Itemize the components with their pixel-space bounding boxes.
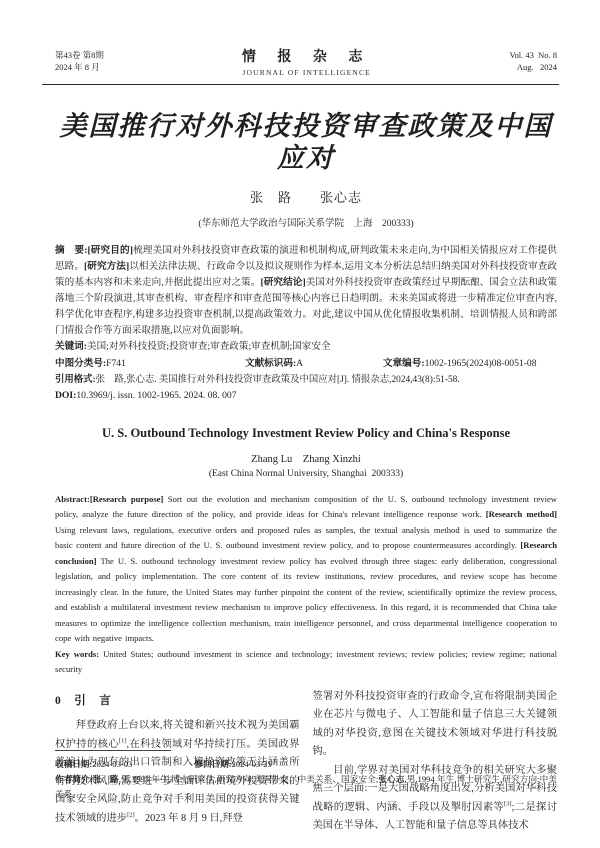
footnote: 收稿日期:2024-03-03修回日期:2024-03-25 作者简介:张 路,…	[55, 750, 557, 802]
abstract-cn-purpose-tag: [研究目的]	[87, 245, 133, 256]
keywords-en-text: United States; outbound investment in sc…	[55, 649, 557, 675]
article-title-en: U. S. Outbound Technology Investment Rev…	[55, 425, 557, 441]
abstract-en-conclusion-text: The U. S. outbound technology investment…	[55, 556, 557, 644]
authors-cn: 张 路 张心志	[55, 187, 557, 206]
abstract-en-purpose-tag: [Research purpose]	[90, 494, 164, 504]
header-divider	[42, 84, 559, 85]
volume-issue-cn: 第43卷 第8期	[55, 50, 104, 62]
abstract-en: Abstract:[Research purpose] Sort out the…	[55, 492, 557, 678]
section-heading-introduction: 0 引 言	[55, 692, 300, 711]
keywords-cn: 关键词:美国;对外科技投资;投资审查;审查政策;审查机制;国家安全	[55, 339, 557, 355]
journal-name-block: 情 报 杂 志 JOURNAL OF INTELLIGENCE	[104, 50, 510, 79]
journal-header: 第43卷 第8期 2024 年 8 月 情 报 杂 志 JOURNAL OF I…	[55, 50, 557, 79]
keywords-cn-text: 美国;对外科技投资;投资审查;审查政策;审查机制;国家安全	[87, 341, 331, 352]
classification-row: 中图分类号:F741 文献标识码:A 文章编号:1002-1965(2024)0…	[55, 356, 557, 372]
footnote-divider	[55, 750, 171, 751]
keywords-en-label: Key words:	[55, 649, 99, 659]
volume-issue-en: Vol. 43 No. 8	[509, 50, 557, 62]
doi: DOI:10.3969/j. issn. 1002-1965. 2024. 08…	[55, 388, 557, 405]
citation-ref-1: [1]	[119, 737, 127, 744]
article-id: 文章编号:1002-1965(2024)08-0051-08	[383, 356, 537, 372]
abstract-en-method-text: Using relevant laws, regulations, execut…	[55, 525, 557, 551]
abstract-cn-label: 摘 要:	[55, 245, 87, 256]
journal-name-cn: 情 报 杂 志	[104, 50, 510, 65]
document-code: 文献标识码:A	[245, 356, 383, 372]
affiliation-en: (East China Normal University, Shanghai …	[55, 469, 557, 479]
abstract-cn-conclusion-tag: [研究结论]	[261, 277, 306, 288]
keywords-cn-label: 关键词:	[55, 341, 87, 352]
journal-page: 第43卷 第8期 2024 年 8 月 情 报 杂 志 JOURNAL OF I…	[0, 0, 600, 848]
journal-name-en: JOURNAL OF INTELLIGENCE	[104, 67, 510, 79]
affiliation-cn: (华东师范大学政治与国际关系学院 上海 200333)	[55, 215, 557, 229]
footnote-author-bio: 作者简介:张 路,男,1995 年生,博士研究生,研究方向:美国外交、中美关系、…	[55, 772, 557, 802]
footnote-dates: 收稿日期:2024-03-03修回日期:2024-03-25	[55, 757, 557, 772]
abstract-cn: 摘 要:[研究目的]梳理美国对外科技投资审查政策的演进和机制构成,研判政策未来走…	[55, 243, 557, 339]
authors-en: Zhang Lu Zhang Xinzhi	[55, 454, 557, 465]
abstract-cn-method-tag: [研究方法]	[84, 261, 129, 272]
citation-ref-2: [2]	[127, 811, 135, 818]
article-title-cn: 美国推行对外科技投资审查政策及中国应对	[55, 110, 557, 174]
date-en: Aug. 2024	[509, 62, 557, 74]
abstract-en-label: Abstract:	[55, 494, 90, 504]
header-volume-issue-cn: 第43卷 第8期 2024 年 8 月	[55, 50, 104, 73]
header-volume-issue-en: Vol. 43 No. 8 Aug. 2024	[509, 50, 557, 73]
clc-number: 中图分类号:F741	[55, 356, 245, 372]
abstract-en-method-tag: [Research method]	[486, 509, 557, 519]
date-cn: 2024 年 8 月	[55, 62, 104, 74]
citation-format: 引用格式:张 路,张心志. 美国推行对外科技投资审查政策及中国应对[J]. 情报…	[55, 372, 557, 389]
